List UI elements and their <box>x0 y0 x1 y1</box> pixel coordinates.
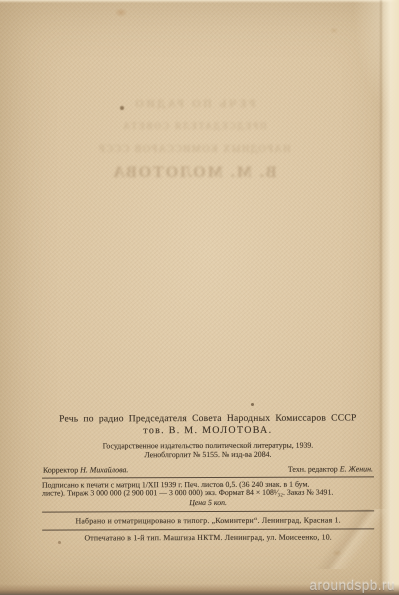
page-right-edge <box>380 0 399 595</box>
show-through-ghost-text: РЕЧЬ ПО РАДИО ПРЕДСЕДАТЕЛЯ СОВЕТА НАРОДН… <box>44 98 344 182</box>
ghost-line: В. М. МОЛОТОВА <box>44 164 344 182</box>
tech-editor: Техн. редактор Е. Женин. <box>288 464 373 473</box>
typesetting-line: Набрано и отматрицировано в типогр. „Ком… <box>42 516 374 526</box>
price-line: Цена 5 коп. <box>42 498 374 508</box>
divider-rule <box>42 476 374 478</box>
print-info-line: листе). Тираж 3 000 000 (2 900 001 — 3 0… <box>42 488 374 498</box>
site-watermark: aroundspb.ru <box>309 578 395 593</box>
censor-line: Леноблгорлит № 5155. № изд-ва 2084. <box>42 450 374 460</box>
tech-editor-name: Е. Женин. <box>340 464 373 473</box>
page-right-crease <box>380 0 382 595</box>
printing-house-line: Отпечатано в 1-й тип. Машгиза НКТМ. Лени… <box>42 533 374 543</box>
ghost-line: РЕЧЬ ПО РАДИО <box>44 98 344 110</box>
corrector: Корректор Н. Михайлова. <box>43 465 128 474</box>
publisher-block: Государственное издательство политическо… <box>42 441 374 460</box>
corrector-label: Корректор <box>43 465 80 474</box>
paper-stain <box>328 26 340 35</box>
divider-rule <box>42 529 374 531</box>
ghost-line: ПРЕДСЕДАТЕЛЯ СОВЕТА <box>44 121 344 131</box>
book-author-line: тов. В. М. МОЛОТОВА. <box>42 424 374 436</box>
ghost-line: НАРОДНЫХ КОМИССАРОВ СССР <box>44 144 344 155</box>
book-back-page-scan: РЕЧЬ ПО РАДИО ПРЕДСЕДАТЕЛЯ СОВЕТА НАРОДН… <box>0 0 399 595</box>
staff-line: Корректор Н. Михайлова. Техн. редактор Е… <box>42 464 374 474</box>
paper-stain <box>112 6 130 19</box>
book-title-line: Речь по радио Председателя Совета Народн… <box>42 412 374 424</box>
divider-rule <box>42 511 374 513</box>
page-top-edge-highlight <box>0 0 399 3</box>
tech-editor-label: Техн. редактор <box>288 464 340 473</box>
corrector-name: Н. Михайлова. <box>80 465 128 474</box>
paper-speck <box>251 403 254 406</box>
print-run-info: Подписано к печати с матриц 1/XII 1939 г… <box>42 480 374 498</box>
imprint-block: Речь по радио Председателя Совета Народн… <box>42 412 374 543</box>
